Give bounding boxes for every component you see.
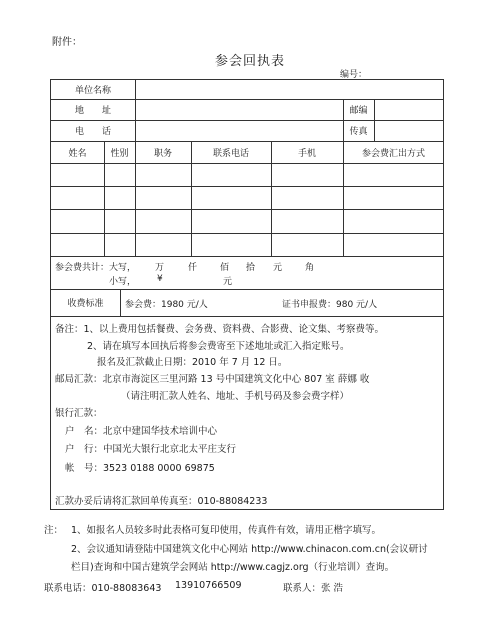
column-header-payment-method: 参会费汇出方式 — [343, 141, 444, 163]
fax-label: 传真 — [343, 120, 374, 141]
fax-field[interactable] — [374, 120, 444, 141]
org-name-label: 单位名称 — [51, 80, 135, 99]
phone-label: 电 话 — [51, 120, 135, 141]
divider — [51, 256, 443, 257]
bank-remittance-label: 银行汇款： — [55, 405, 103, 419]
table-row[interactable] — [51, 233, 444, 256]
page-title: 参会回执表 — [0, 50, 500, 69]
postal-note: （请注明汇款人姓名、地址、手机号码及参会费字样） — [121, 388, 349, 402]
unit-bai: 佰 — [220, 260, 229, 273]
unit-jiao: 角 — [305, 260, 314, 273]
account-name: 户 名：北京中建国华技术培训中心 — [65, 423, 217, 437]
note-item-1: 1、如报名人员较多时此表格可复印使用，传真件有效，请用正楷字填写。 — [71, 522, 381, 536]
currency-symbol: ¥ — [157, 274, 163, 284]
column-header-mobile: 手机 — [271, 141, 343, 163]
contact-person: 联系人：张 浩 — [283, 580, 343, 594]
note-item-2a: 2、会议通知请登陆中国建筑文化中心网站 http://www.chinacon.… — [71, 541, 428, 555]
yuan-label: 元 — [223, 274, 232, 287]
column-header-contact-phone: 联系电话 — [191, 141, 271, 163]
postcode-field[interactable] — [374, 99, 444, 120]
attendance-fee: 参会费：1980 元/人 — [125, 297, 208, 310]
column-header-name: 姓名 — [51, 141, 104, 163]
deadline: 报名及汇款截止日期：2010 年 7 月 12 日。 — [97, 354, 287, 368]
postal-remittance: 邮局汇款：北京市海淀区三里河路 13 号中国建筑文化中心 807 室 薛娜 收 — [55, 371, 369, 385]
account-number: 帐 号：3523 0188 0000 69875 — [65, 460, 215, 474]
unit-wan: 万 — [155, 260, 164, 273]
org-name-field[interactable] — [135, 80, 444, 99]
remark-line-1: 备注：1、以上费用包括餐费、会务费、资料费、合影费、论文集、考察费等。 — [55, 321, 384, 335]
attachment-label: 附件： — [52, 33, 82, 48]
unit-qian: 仟 — [188, 260, 197, 273]
bank-name: 户 行：中国光大银行北京北太平庄支行 — [65, 441, 236, 455]
postcode-label: 邮编 — [343, 99, 374, 120]
column-header-position: 职务 — [135, 141, 191, 163]
address-field[interactable] — [135, 99, 343, 120]
notes-label: 注： — [44, 522, 63, 536]
unit-shi: 拾 — [246, 260, 255, 273]
certificate-fee: 证书申报费：980 元/人 — [282, 297, 377, 310]
phone-field[interactable] — [135, 120, 343, 141]
lowercase-label: 小写， — [109, 274, 136, 287]
contact-phone: 联系电话：010-88083643 — [44, 580, 161, 594]
address-label: 地 址 — [51, 99, 135, 120]
contact-mobile: 13910766509 — [175, 580, 242, 591]
table-row[interactable] — [51, 163, 444, 186]
fee-standard-label: 收费标准 — [51, 289, 120, 316]
divider — [51, 316, 443, 317]
note-item-2b: 栏目)查询和中国古建筑学会网站 http://www.cagjz.org（行业培… — [71, 559, 394, 573]
total-fee-label: 参会费共计： — [55, 260, 109, 273]
registration-form: 单位名称 地 址 邮编 电 话 传真 姓名 性别 职务 联系电话 手机 参会费汇… — [50, 79, 444, 510]
unit-yuan: 元 — [273, 260, 282, 273]
divider — [120, 289, 121, 316]
uppercase-label: 大写， — [109, 260, 136, 273]
fax-receipt-instruction: 汇款办妥后请将汇款回单传真至：010-88084233 — [55, 493, 267, 507]
table-row[interactable] — [51, 209, 444, 233]
column-header-gender: 性别 — [104, 141, 135, 163]
remark-line-2: 2、请在填写本回执后将参会费寄至下述地址或汇入指定账号。 — [87, 338, 350, 352]
table-row[interactable] — [51, 186, 444, 209]
